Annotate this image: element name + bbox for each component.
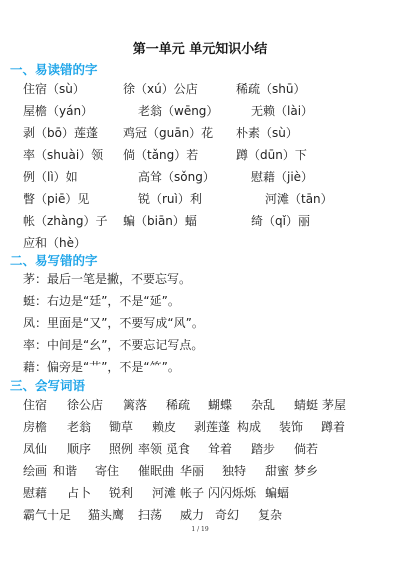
word-item: 奇幻 [215, 506, 239, 523]
word-item: 扫荡 [138, 506, 162, 523]
word-item: 踏步 [251, 440, 275, 457]
word-item: 房檐 [23, 418, 47, 435]
pinyin-item: 无赖（lài） [251, 102, 313, 119]
word-item: 觅食 [166, 440, 190, 457]
word-item: 茅屋 [322, 396, 346, 413]
pinyin-item: 河滩（tān） [265, 190, 333, 207]
word-item: 凤仙 [23, 440, 47, 457]
word-item: 霸气十足 [23, 506, 71, 523]
word-item: 催眠曲 [138, 462, 174, 479]
writing-tip: 蜓：右边是“廷”，不是“延”。 [23, 292, 180, 310]
word-item: 率领 [138, 440, 162, 457]
pinyin-item: 倘（tǎng）若 [123, 146, 198, 163]
writing-tip: 凤：里面是“又”，不要写成“风”。 [23, 314, 204, 332]
word-item: 倘若 [294, 440, 318, 457]
word-item: 猫头鹰 [88, 506, 124, 523]
word-item: 徐公店 [67, 396, 103, 413]
word-item: 华丽 [180, 462, 204, 479]
page-title: 第一单元 单元知识小结 [0, 38, 400, 57]
word-item: 寄住 [95, 462, 119, 479]
pinyin-item: 蹲（dūn）下 [236, 146, 307, 163]
section-heading-2: 二、易写错的字 [10, 251, 98, 269]
word-item: 威力 [180, 506, 204, 523]
pinyin-item: 鸡冠（guān）花 [123, 124, 213, 141]
writing-tip: 率：中间是“幺”，不要忘记写点。 [23, 336, 203, 354]
word-item: 耸着 [208, 440, 232, 457]
word-item: 蝴蝶 [208, 396, 232, 413]
pinyin-item: 率（shuài）领 [23, 146, 103, 163]
word-item: 杂乱 [251, 396, 275, 413]
word-item: 稀疏 [166, 396, 190, 413]
word-item: 老翁 [67, 418, 91, 435]
pinyin-item: 锐（ruì）利 [138, 190, 202, 207]
word-item: 构成 [237, 418, 261, 435]
page-number: 1 / 19 [0, 526, 400, 533]
word-item: 赖皮 [152, 418, 176, 435]
pinyin-item: 慰藉（jiè） [251, 168, 313, 185]
pinyin-item: 稀疏（shū） [236, 80, 305, 97]
section-heading-3: 三、会写词语 [10, 376, 85, 394]
section-heading-1: 一、易读错的字 [10, 60, 98, 78]
pinyin-item: 住宿（sù） [23, 80, 85, 97]
pinyin-item: 瞥（piē）见 [23, 190, 89, 207]
pinyin-item: 帐（zhàng）子 [23, 212, 107, 229]
pinyin-item: 高耸（sǒng） [138, 168, 215, 185]
word-item: 剥莲蓬 [194, 418, 230, 435]
pinyin-item: 例（lì）如 [23, 168, 78, 185]
word-item: 绘画 [23, 462, 47, 479]
word-item: 顺序 [67, 440, 91, 457]
word-item: 闪闪烁烁 [208, 484, 256, 501]
word-item: 甜蜜 [265, 462, 289, 479]
pinyin-item: 剥（bō）莲蓬 [23, 124, 98, 141]
word-item: 锐利 [109, 484, 133, 501]
pinyin-item: 屋檐（yán） [23, 102, 93, 119]
word-item: 梦乡 [294, 462, 318, 479]
word-item: 照例 [109, 440, 133, 457]
word-item: 慰藉 [23, 484, 47, 501]
pinyin-item: 朴素（sù） [236, 124, 298, 141]
pinyin-item: 应和（hè） [23, 234, 86, 251]
word-item: 住宿 [23, 396, 47, 413]
word-item: 蹲着 [321, 418, 345, 435]
word-item: 蝙蝠 [265, 484, 289, 501]
pinyin-item: 绮（qǐ）丽 [251, 212, 310, 229]
word-item: 占卜 [67, 484, 91, 501]
word-item: 复杂 [258, 506, 282, 523]
writing-tip: 藉：偏旁是“艹”，不是“⺮”。 [23, 358, 180, 376]
word-item: 锄草 [109, 418, 133, 435]
word-item: 蜻蜓 [294, 396, 318, 413]
word-item: 装饰 [279, 418, 303, 435]
word-item: 篱落 [123, 396, 147, 413]
pinyin-item: 蝙（biān）蝠 [123, 212, 197, 229]
pinyin-item: 老翁（wēng） [138, 102, 218, 119]
word-item: 独特 [222, 462, 246, 479]
word-item: 河滩 [152, 484, 176, 501]
word-item: 和谐 [53, 462, 77, 479]
word-item: 帐子 [180, 484, 204, 501]
pinyin-item: 徐（xú）公店 [123, 80, 198, 97]
writing-tip: 茅：最后一笔是撇，不要忘写。 [23, 270, 191, 288]
